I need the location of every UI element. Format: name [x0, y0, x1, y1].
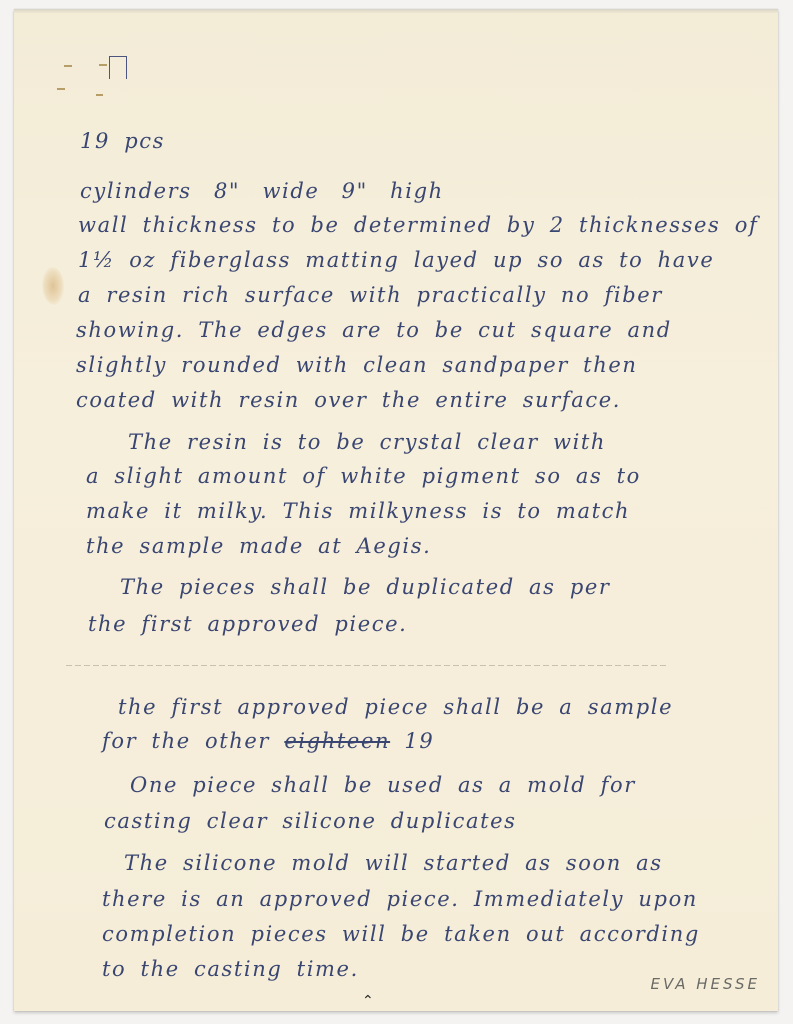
heading-quantity: 19 pcs: [80, 131, 165, 152]
text-line: coated with resin over the entire surfac…: [76, 390, 621, 411]
text-line: the sample made at Aegis.: [86, 536, 431, 557]
text-line: the first approved piece.: [88, 614, 407, 635]
struck-text: eighteen: [284, 729, 390, 753]
bracket-mark: [109, 56, 127, 79]
text-line: One piece shall be used as a mold for: [130, 775, 636, 796]
text-line: to the casting time.: [102, 959, 359, 980]
text-line: a resin rich surface with practically no…: [78, 285, 663, 306]
pin-mark: [57, 88, 65, 90]
text-line: The silicone mold will started as soon a…: [124, 853, 663, 874]
pin-mark: [99, 64, 107, 66]
text-line: there is an approved piece. Immediately …: [102, 889, 698, 910]
text-line: slightly rounded with clean sandpaper th…: [76, 355, 637, 376]
text-line: The resin is to be crystal clear with: [128, 432, 606, 453]
fold-line: [66, 665, 666, 666]
text-line: make it milky. This milkyness is to matc…: [86, 501, 630, 522]
signature-stamp: EVA HESSE: [651, 975, 761, 993]
text-line: casting clear silicone duplicates: [104, 811, 517, 832]
text-line: a slight amount of white pigment so as t…: [86, 466, 641, 487]
text-line: 1½ oz fiberglass matting layed up so as …: [78, 250, 714, 271]
text-line: the first approved piece shall be a samp…: [118, 697, 673, 718]
page-top-edge: [14, 9, 778, 13]
handwritten-page: 19 pcs cylinders 8" wide 9" high wall th…: [14, 9, 778, 1011]
pin-mark: [96, 94, 103, 96]
text-line: completion pieces will be taken out acco…: [102, 924, 700, 945]
text-line: The pieces shall be duplicated as per: [120, 577, 611, 598]
paper-stain: [42, 267, 64, 305]
text-line: wall thickness to be determined by 2 thi…: [78, 215, 758, 236]
caret-mark: ⌃: [362, 993, 374, 1009]
text-fragment: for the other: [102, 729, 270, 753]
pin-mark: [64, 65, 72, 67]
text-fragment: 19: [404, 729, 434, 753]
text-line: showing. The edges are to be cut square …: [76, 320, 672, 341]
text-line: cylinders 8" wide 9" high: [80, 181, 444, 202]
text-line: for the other eighteen 19: [102, 731, 434, 752]
